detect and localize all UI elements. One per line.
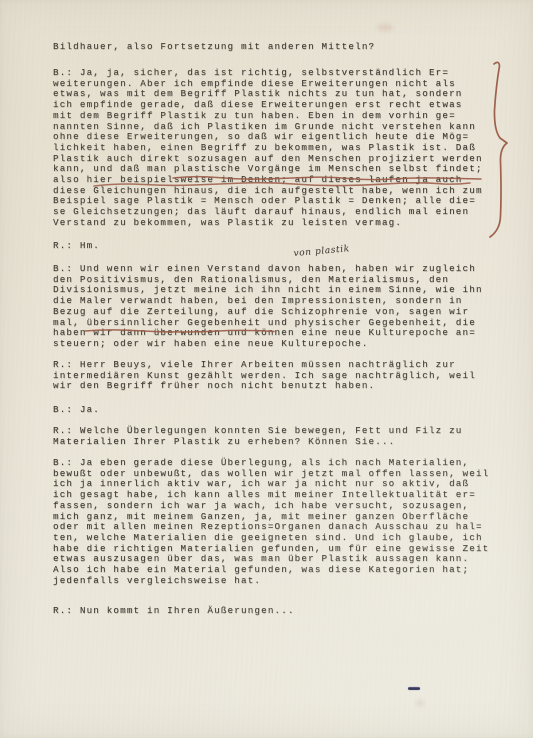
blue-ink-dash xyxy=(408,687,420,690)
document-heading: Bildhauer, also Fortsetzung mit anderen … xyxy=(53,42,513,53)
paragraph-b-answer-3: B.: Ja eben gerade diese Überlegung, als… xyxy=(53,458,513,586)
paper-smudge xyxy=(377,24,393,31)
paragraph-b-ja: B.: Ja. xyxy=(53,405,513,416)
paper-smudge xyxy=(416,700,424,706)
paragraph-r-hm: R.: Hm. xyxy=(53,241,513,252)
scanned-page: Bildhauer, also Fortsetzung mit anderen … xyxy=(0,0,533,738)
paragraph-r-question-1: R.: Herr Beuys, viele Ihrer Arbeiten müs… xyxy=(53,360,513,392)
paragraph-b-answer-1: B.: Ja, ja, sicher, das ist richtig, sel… xyxy=(53,68,513,229)
paragraph-r-question-3: R.: Nun kommt in Ihren Äußerungen... xyxy=(53,606,513,617)
paragraph-b-answer-2: B.: Und wenn wir einen Verstand davon ha… xyxy=(53,264,513,350)
paragraph-r-question-2: R.: Welche Überlegungen konnten Sie bewe… xyxy=(53,426,513,447)
